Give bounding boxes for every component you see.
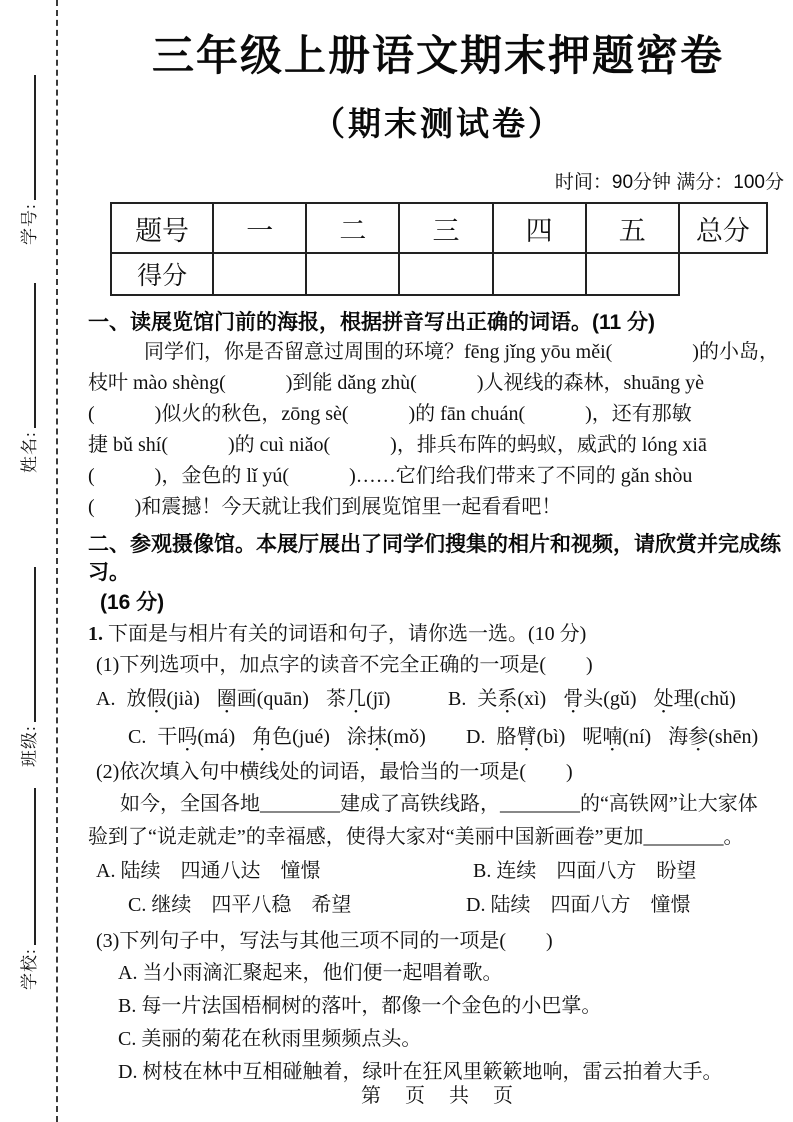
- fold-dashed-line: [56, 0, 58, 1122]
- pinyin: (ní): [622, 726, 651, 748]
- pinyin: (jué): [292, 726, 330, 748]
- page-number-footer: 第 页 共 页: [88, 1079, 788, 1108]
- pinyin: (jià): [166, 688, 199, 710]
- pinyin: (bì): [536, 726, 565, 748]
- pronunciation-word: 放假(jià): [126, 684, 199, 714]
- pronunciation-option-group: B.关系(xì)骨头(gǔ)处理(chǔ): [448, 684, 788, 714]
- pronunciation-word: 关系(xì): [477, 684, 546, 714]
- pronunciation-option-group: C.干吗(má)角色(jué)涂抹(mǒ): [128, 722, 466, 752]
- school-label: 学校:: [15, 948, 40, 990]
- score-cell: [399, 253, 492, 295]
- sentence-option-a: A. 当小雨滴汇聚起来，他们便一起唱着歌。: [88, 957, 788, 990]
- section-one-heading: 一、读展览馆门前的海报，根据拼音写出正确的词语。(11 分): [88, 309, 788, 337]
- time-score-info: 时间：90分钟 满分：100分: [88, 172, 788, 194]
- section-two-heading: 二、参观摄像馆。本展厅展出了同学们搜集的相片和视频，请欣赏并完成练习。: [88, 531, 788, 587]
- passage-line: ( )和震撼！今天就让我们到展览馆里一起看看吧！: [88, 492, 788, 523]
- choice-option: B. 连续 四面八方 盼望: [473, 854, 788, 888]
- pronunciation-word: 圈画(quān): [217, 684, 309, 714]
- score-table-header-cell: 五: [586, 203, 679, 253]
- score-cell: [306, 253, 399, 295]
- pronunciation-word: 处理(chǔ): [654, 684, 736, 714]
- pinyin: (chǔ): [694, 688, 736, 710]
- student-name-label: 姓名:: [15, 431, 40, 473]
- passage-line: ( )，金色的 lǐ yú( )……它们给我们带来了不同的 gǎn shòu: [88, 461, 788, 492]
- page-title: 三年级上册语文期末押题密卷: [88, 30, 788, 82]
- pronunciation-word: 角色(jué): [252, 722, 330, 752]
- score-table-header-cell: 一: [213, 203, 306, 253]
- score-table-header-cell: 三: [399, 203, 492, 253]
- pinyin: (mǒ): [387, 726, 426, 748]
- pinyin: (má): [197, 726, 235, 748]
- student-name-blank-line: [34, 283, 36, 428]
- pronunciation-option-row: C.干吗(má)角色(jué)涂抹(mǒ)D.胳臂(bì)呢喃(ní)海参(sh…: [88, 722, 788, 757]
- option-label: A.: [96, 684, 115, 714]
- pinyin: (shēn): [708, 726, 758, 748]
- option-label: C.: [128, 722, 146, 752]
- section-two-heading-points: (16 分): [88, 589, 788, 617]
- question-1-2-stem: (2)依次填入句中横线处的词语，最恰当的一项是( ): [88, 757, 788, 788]
- class-field: 班级:: [14, 567, 40, 767]
- passage-line: ( )似火的秋色，zōng sè( )的 fān chuán( )，还有那敏: [88, 399, 788, 430]
- choice-option: A. 陆续 四通八达 憧憬: [96, 854, 473, 888]
- section-one-passage: 同学们，你是否留意过周围的环境？fēng jǐng yōu měi( )的小岛，…: [88, 337, 788, 523]
- pinyin: (quān): [257, 688, 309, 710]
- score-table-header-cell: 二: [306, 203, 399, 253]
- pronunciation-word: 呢喃(ní): [582, 722, 651, 752]
- school-blank-line: [34, 788, 36, 945]
- score-cell: [493, 253, 586, 295]
- sentence-option-c: C. 美丽的菊花在秋雨里频频点头。: [88, 1023, 788, 1056]
- exam-paper: 三年级上册语文期末押题密卷 （期末测试卷） 时间：90分钟 满分：100分 题号…: [88, 0, 788, 1089]
- pronunciation-word: 胳臂(bì): [496, 722, 565, 752]
- question-1-1-stem: (1)下列选项中，加点字的读音不完全正确的一项是( ): [88, 650, 788, 681]
- score-table-header-row: 题号 一 二 三 四 五 总分: [111, 203, 767, 253]
- word-choice-row: C. 继续 四平八稳 希望 D. 陆续 四面八方 憧憬: [88, 888, 788, 922]
- pronunciation-option-group: A.放假(jià)圈画(quān)茶几(jī): [96, 684, 448, 714]
- pronunciation-option-group: D.胳臂(bì)呢喃(ní)海参(shēn): [466, 722, 788, 752]
- word-choice-row: A. 陆续 四通八达 憧憬 B. 连续 四面八方 盼望: [88, 854, 788, 888]
- pronunciation-word: 茶几(jī): [326, 684, 390, 714]
- pronunciation-word: 干吗(má): [157, 722, 235, 752]
- class-label: 班级:: [15, 725, 40, 767]
- sentence-option-b: B. 每一片法国梧桐树的落叶，都像一个金色的小巴掌。: [88, 990, 788, 1023]
- question-1-number: 1.: [88, 623, 103, 645]
- student-name-field: 姓名:: [14, 283, 40, 473]
- page-subtitle: （期末测试卷）: [88, 102, 788, 146]
- choice-option: C. 继续 四平八稳 希望: [128, 888, 466, 922]
- school-field: 学校:: [14, 788, 40, 990]
- student-id-blank-line: [34, 75, 36, 200]
- fill-blank-passage-line: 如今，全国各地________建成了高铁线路，________的“高铁网”让大家…: [88, 788, 788, 821]
- score-table-header-cell: 四: [493, 203, 586, 253]
- score-cell: [586, 253, 679, 295]
- score-table-score-row: 得分: [111, 253, 767, 295]
- question-1-text: 下面是与相片有关的词语和句子，请你选一选。(10 分): [103, 623, 586, 645]
- question-1-stem: 1. 下面是与相片有关的词语和句子，请你选一选。(10 分): [88, 619, 788, 650]
- option-label: B.: [448, 684, 466, 714]
- passage-line: 同学们，你是否留意过周围的环境？fēng jǐng yōu měi( )的小岛，: [88, 337, 788, 368]
- score-row-label: 得分: [111, 253, 213, 295]
- question-1-3-stem: (3)下列句子中，写法与其他三项不同的一项是( ): [88, 926, 788, 957]
- pinyin: (xì): [517, 688, 546, 710]
- score-table: 题号 一 二 三 四 五 总分 得分: [110, 202, 768, 296]
- choice-option: D. 陆续 四面八方 憧憬: [466, 888, 788, 922]
- option-label: D.: [466, 722, 485, 752]
- pronunciation-word: 涂抹(mǒ): [347, 722, 426, 752]
- student-id-field: 学号:: [14, 75, 40, 245]
- pinyin: (jī): [366, 688, 390, 710]
- student-id-label: 学号:: [15, 203, 40, 245]
- class-blank-line: [34, 567, 36, 722]
- pronunciation-options: A.放假(jià)圈画(quān)茶几(jī)B.关系(xì)骨头(gǔ)处理(…: [88, 684, 788, 757]
- score-cell: [213, 253, 306, 295]
- passage-line: 捷 bǔ shí( )的 cuì niǎo( )，排兵布阵的蚂蚁，威武的 lón…: [88, 430, 788, 461]
- pronunciation-word: 海参(shēn): [668, 722, 758, 752]
- pronunciation-option-row: A.放假(jià)圈画(quān)茶几(jī)B.关系(xì)骨头(gǔ)处理(…: [88, 684, 788, 719]
- pronunciation-word: 骨头(gǔ): [563, 684, 636, 714]
- fill-blank-passage-line: 验到了“说走就走”的幸福感，使得大家对“美丽中国新画卷”更加________。: [88, 821, 788, 854]
- pinyin: (gǔ): [603, 688, 636, 710]
- passage-line: 枝叶 mào shèng( )到能 dǎng zhù( )人视线的森林，shuā…: [88, 368, 788, 399]
- score-table-header-cell: 题号: [111, 203, 213, 253]
- score-table-header-cell: 总分: [679, 203, 767, 253]
